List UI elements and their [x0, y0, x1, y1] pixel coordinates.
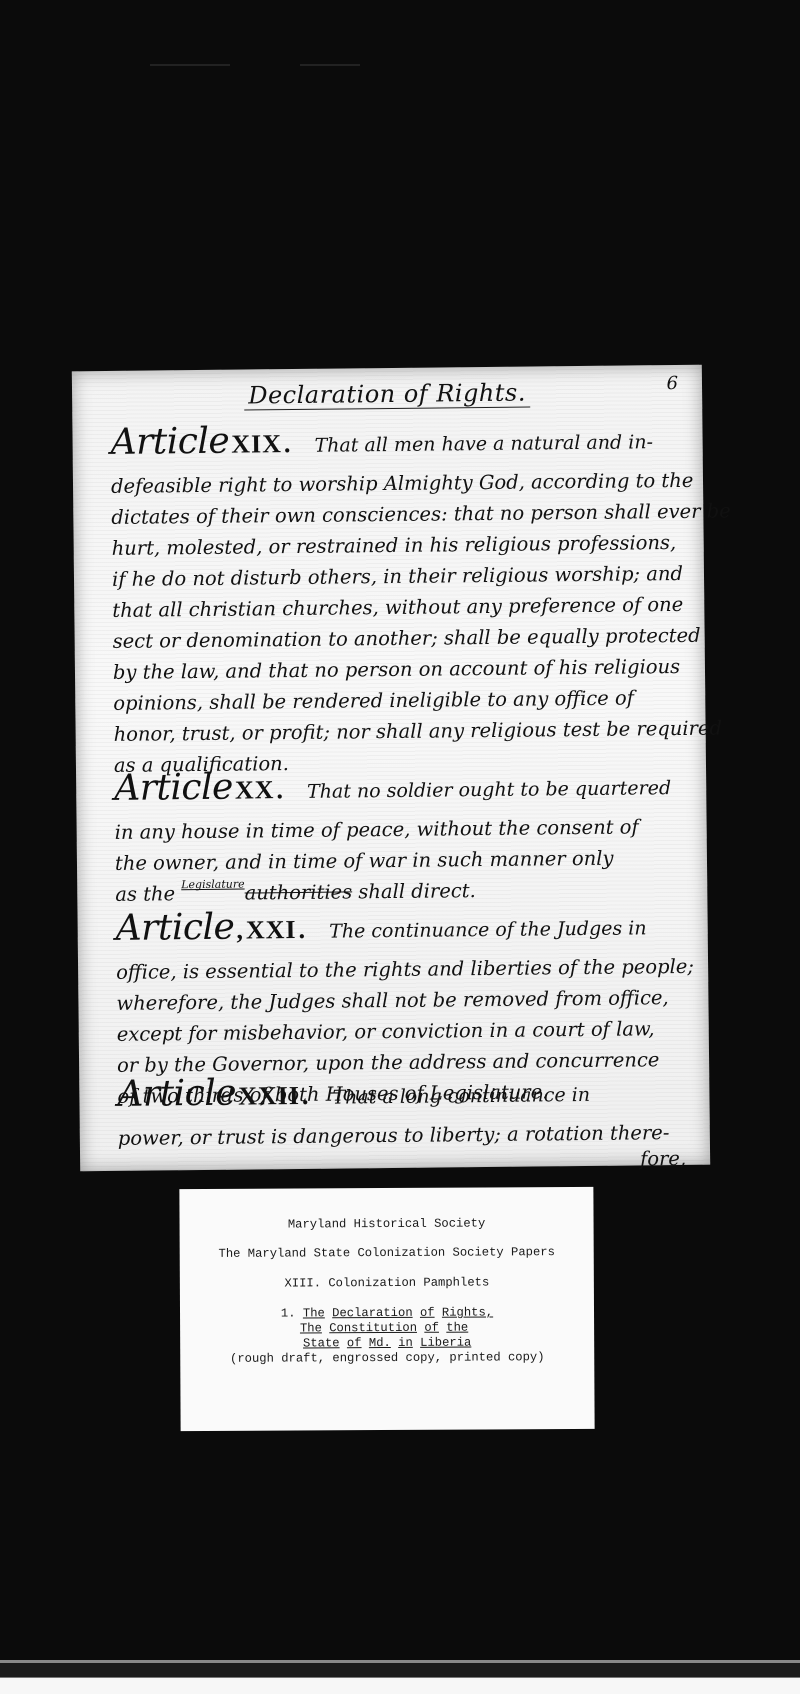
card-item: 1. The Declaration of Rights, The Consti… — [180, 1305, 594, 1367]
film-edge — [0, 1677, 800, 1694]
article-numeral: XX — [235, 775, 275, 804]
article-label: Article — [110, 421, 229, 463]
article-text-line: power, or trust is dangerous to liberty;… — [118, 1117, 686, 1154]
article-text-line: The continuance of the Judges in — [329, 917, 647, 942]
film-speck — [150, 64, 230, 66]
article-label: Article — [117, 1073, 236, 1115]
article-label: Article — [114, 767, 233, 809]
card-collection: The Maryland State Colonization Society … — [180, 1245, 594, 1261]
article-label: Article — [115, 907, 234, 949]
article-numeral: XIX — [231, 429, 282, 459]
inserted-word: Legislature — [181, 878, 245, 892]
article-text-line: That no soldier ought to be quartered — [307, 777, 671, 803]
film-speck — [300, 64, 360, 66]
article-xx: ArticleXX. That no soldier ought to be q… — [114, 761, 683, 913]
article-text-line: honor, trust, or profit; nor shall any r… — [113, 713, 681, 750]
article-xix: ArticleXIX. That all men have a natural … — [110, 415, 682, 781]
page-title: Declaration of Rights. — [72, 377, 702, 412]
film-edge — [0, 1663, 800, 1677]
manuscript-page: 6 Declaration of Rights. ArticleXIX. Tha… — [72, 365, 710, 1172]
card-note: (rough draft, engrossed copy, printed co… — [180, 1350, 594, 1367]
article-numeral: XXII — [238, 1081, 300, 1111]
card-institution: Maryland Historical Society — [180, 1216, 594, 1232]
article-text-line: That a long continuance in — [332, 1084, 590, 1109]
archive-label-card: Maryland Historical Society The Maryland… — [179, 1187, 594, 1431]
article-xxii: ArticleXXII. That a long continuance in … — [117, 1067, 686, 1176]
article-numeral: XXI — [246, 915, 297, 945]
card-series: XIII. Colonization Pamphlets — [180, 1275, 594, 1291]
article-text-line: the owner, and in time of war in such ma… — [115, 842, 683, 879]
article-text-line: That all men have a natural and in- — [314, 431, 653, 457]
struck-word: Legislatureauthorities — [181, 880, 352, 905]
